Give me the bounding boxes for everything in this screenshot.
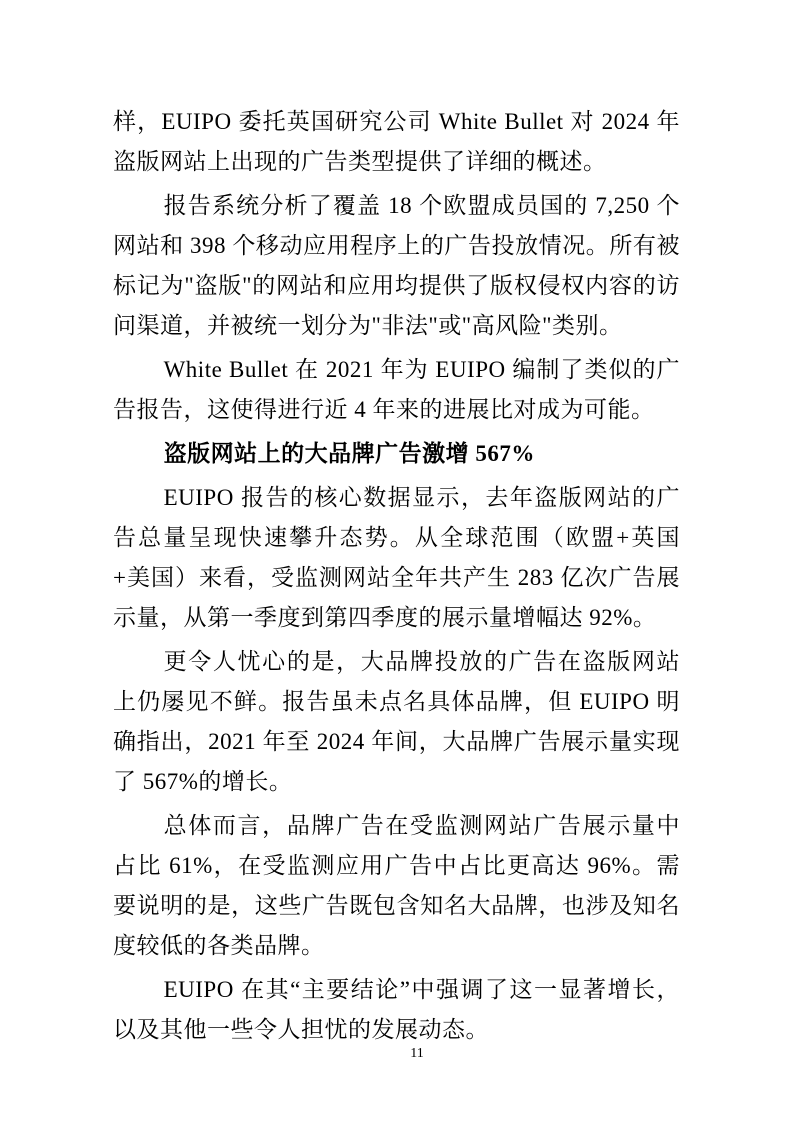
paragraph-core-data: EUIPO 报告的核心数据显示，去年盗版网站的广告总量呈现快速攀升态势。从全球范… (113, 478, 680, 638)
page-number: 11 (410, 1046, 423, 1062)
document-page: 样，EUIPO 委托英国研究公司 White Bullet 对 2024 年盗版… (0, 0, 793, 1122)
document-body: 样，EUIPO 委托英国研究公司 White Bullet 对 2024 年盗版… (113, 102, 680, 1054)
paragraph-2021-comparison: White Bullet 在 2021 年为 EUIPO 编制了类似的广告报告，… (113, 350, 680, 430)
heading-brand-ads-surge: 盗版网站上的大品牌广告激增 567% (113, 434, 680, 474)
paragraph-brand-share: 总体而言，品牌广告在受监测网站广告展示量中占比 61%，在受监测应用广告中占比更… (113, 806, 680, 966)
paragraph-key-findings: EUIPO 在其“主要结论”中强调了这一显著增长，以及其他一些令人担忧的发展动态… (113, 970, 680, 1050)
paragraph-continuation: 样，EUIPO 委托英国研究公司 White Bullet 对 2024 年盗版… (113, 102, 680, 182)
paragraph-report-scope: 报告系统分析了覆盖 18 个欧盟成员国的 7,250 个网站和 398 个移动应… (113, 186, 680, 346)
paragraph-big-brand-growth: 更令人忧心的是，大品牌投放的广告在盗版网站上仍屡见不鲜。报告虽未点名具体品牌，但… (113, 642, 680, 802)
